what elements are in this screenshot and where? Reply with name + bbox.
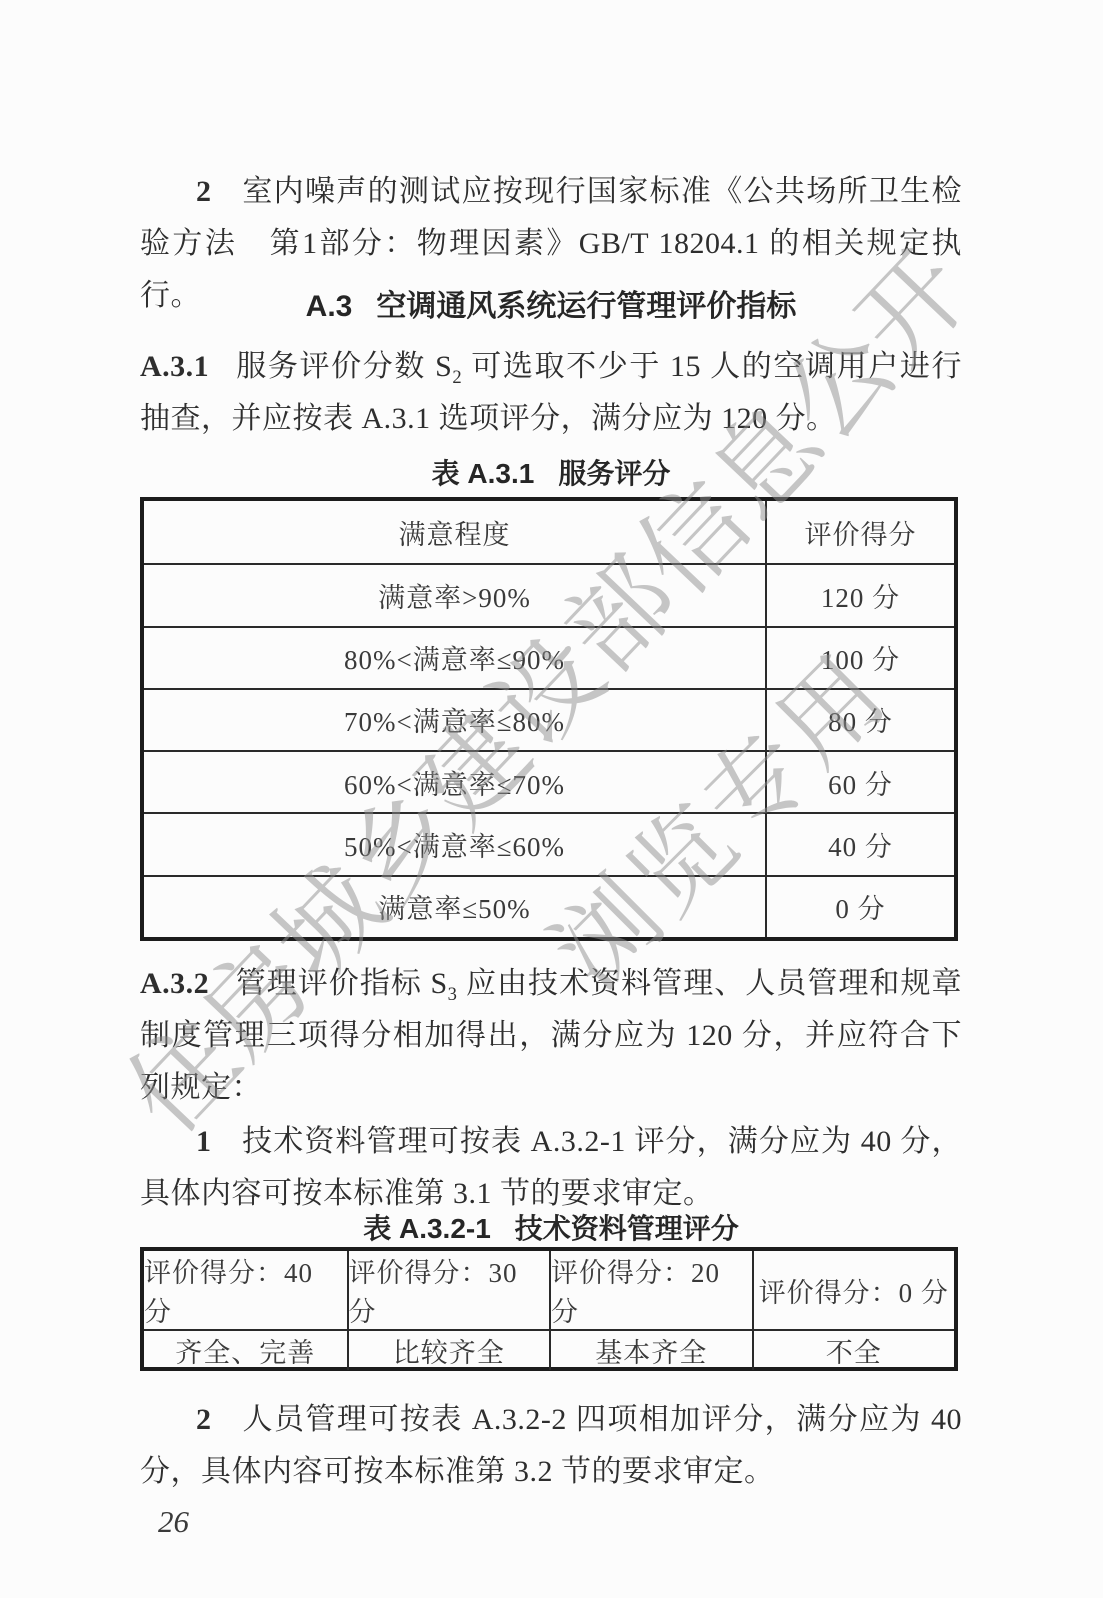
table-cell-condition: 满意率>90% xyxy=(144,563,765,625)
table-cell-condition: 80%<满意率≤90% xyxy=(144,626,765,688)
subscript: 2 xyxy=(452,367,462,388)
table-cell-condition: 60%<满意率≤70% xyxy=(144,750,765,812)
paragraph-text: 人员管理可按表 A.3.2-2 四项相加评分，满分应为 40 分，具体内容可按本… xyxy=(140,1403,962,1488)
paragraph-item2: 2人员管理可按表 A.3.2-2 四项相加评分，满分应为 40 分，具体内容可按… xyxy=(140,1394,962,1498)
table-header-cell: 满意程度 xyxy=(144,501,765,563)
table-cell-grade: 齐全、完善 xyxy=(144,1329,347,1370)
tech-doc-score-table: 评价得分：40 分 评价得分：30 分 评价得分：20 分 评价得分：0 分 齐… xyxy=(140,1247,958,1371)
table-cell-grade: 比较齐全 xyxy=(347,1329,550,1370)
table-cell-condition: 满意率≤50% xyxy=(144,875,765,937)
table-cell-score: 0 分 xyxy=(765,875,954,937)
table-header-cell: 评价得分 xyxy=(765,501,954,563)
item-number: 2 xyxy=(196,175,212,208)
table-cell-condition: 70%<满意率≤80% xyxy=(144,688,765,750)
section-heading: A.3空调通风系统运行管理评价指标 xyxy=(140,281,962,325)
table-cell-condition: 50%<满意率≤60% xyxy=(144,812,765,874)
clause-number: A.3.1 xyxy=(140,350,209,383)
table-cell-score-label: 评价得分：30 分 xyxy=(347,1251,550,1329)
item-number: 1 xyxy=(196,1125,212,1158)
table-cell-score-label: 评价得分：0 分 xyxy=(752,1251,955,1329)
paragraph-text: 管理评价指标 S xyxy=(235,967,447,1000)
page-number: 26 xyxy=(158,1504,189,1540)
table-caption-label: 表 A.3.1 xyxy=(432,458,535,489)
paragraph-a32: A.3.2管理评价指标 S3 应由技术资料管理、人员管理和规章制度管理三项得分相… xyxy=(140,958,962,1114)
service-score-table: 满意程度 评价得分 满意率>90% 120 分 80%<满意率≤90% 100 … xyxy=(140,497,958,941)
table-cell-score-label: 评价得分：40 分 xyxy=(144,1251,347,1329)
table-caption-label: 表 A.3.2-1 xyxy=(363,1213,491,1244)
table-caption-service: 表 A.3.1服务评分 xyxy=(140,452,962,492)
table-caption-title: 服务评分 xyxy=(558,458,670,489)
paragraph-text: 服务评价分数 S xyxy=(235,350,452,383)
clause-number: A.3.2 xyxy=(140,967,209,1000)
table-cell-score-label: 评价得分：20 分 xyxy=(549,1251,752,1329)
section-number: A.3 xyxy=(306,290,353,323)
subscript: 3 xyxy=(448,984,458,1005)
paragraph-text: 技术资料管理可按表 A.3.2-1 评分，满分应为 40 分，具体内容可按本标准… xyxy=(140,1125,962,1210)
table-cell-score: 80 分 xyxy=(765,688,954,750)
table-caption-tech-doc: 表 A.3.2-1技术资料管理评分 xyxy=(140,1207,962,1247)
table-cell-score: 120 分 xyxy=(765,563,954,625)
section-title: 空调通风系统运行管理评价指标 xyxy=(376,290,796,323)
document-page: 住房城乡建设部信息公开 浏览专用 2室内噪声的测试应按现行国家标准《公共场所卫生… xyxy=(0,0,1103,1598)
table-cell-grade: 基本齐全 xyxy=(549,1329,752,1370)
table-caption-title: 技术资料管理评分 xyxy=(515,1213,739,1244)
item-number: 2 xyxy=(196,1403,212,1436)
table-cell-score: 100 分 xyxy=(765,626,954,688)
table-cell-score: 60 分 xyxy=(765,750,954,812)
paragraph-a31: A.3.1服务评价分数 S2 可选取不少于 15 人的空调用户进行抽查，并应按表… xyxy=(140,341,962,445)
table-cell-score: 40 分 xyxy=(765,812,954,874)
paragraph-item1: 1技术资料管理可按表 A.3.2-1 评分，满分应为 40 分，具体内容可按本标… xyxy=(140,1116,962,1220)
table-cell-grade: 不全 xyxy=(752,1329,955,1370)
